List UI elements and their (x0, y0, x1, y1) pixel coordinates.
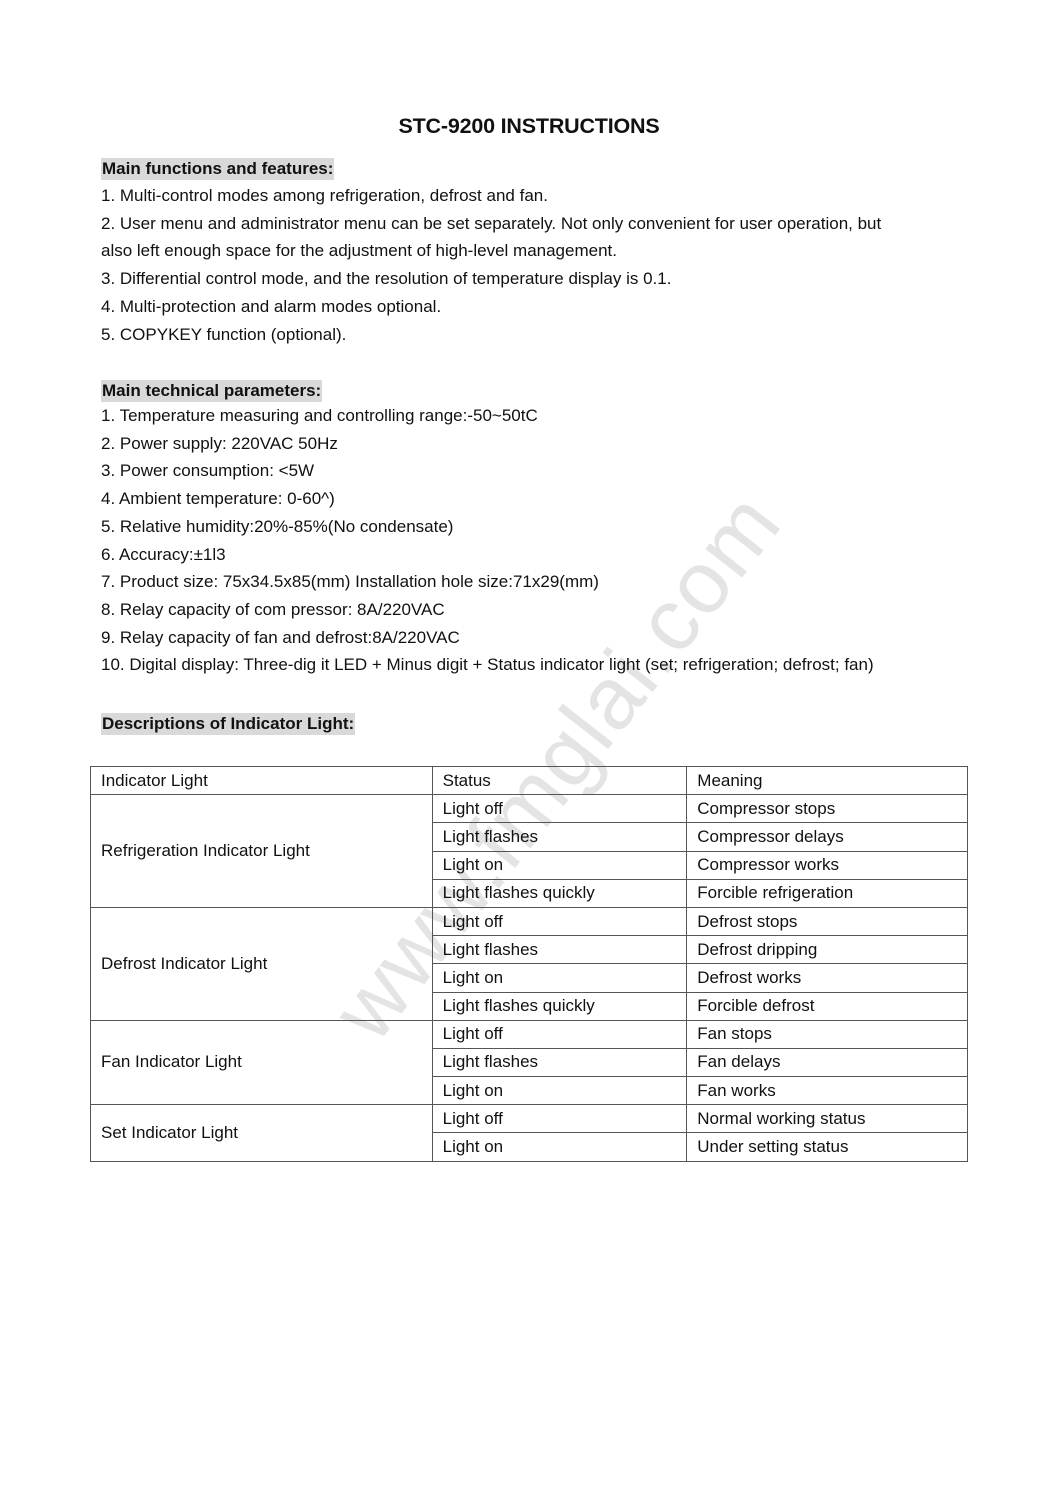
document-page: www.fmglai.com STC-9200 INSTRUCTIONS Mai… (0, 0, 1058, 1497)
features-line: 2. User menu and administrator menu can … (101, 210, 981, 238)
status-cell: Light flashes (432, 1048, 687, 1076)
indicator-name-cell: Fan Indicator Light (91, 1020, 433, 1105)
document-title: STC-9200 INSTRUCTIONS (0, 114, 1058, 139)
meaning-cell: Forcible refrigeration (687, 879, 968, 907)
parameter-line: 4. Ambient temperature: 0-60^) (101, 485, 981, 513)
status-cell: Light off (432, 1105, 687, 1133)
table-header-row: Indicator Light Status Meaning (91, 767, 968, 795)
features-line: 4. Multi-protection and alarm modes opti… (101, 293, 981, 321)
parameter-line: 2. Power supply: 220VAC 50Hz (101, 430, 981, 458)
column-header-indicator: Indicator Light (91, 767, 433, 795)
parameter-line: 5. Relative humidity:20%-85%(No condensa… (101, 513, 981, 541)
indicator-section: Descriptions of Indicator Light: (101, 713, 981, 735)
features-line: 5. COPYKEY function (optional). (101, 321, 981, 349)
meaning-cell: Fan stops (687, 1020, 968, 1048)
features-list: 1. Multi-control modes among refrigerati… (101, 182, 981, 348)
parameter-line: 6. Accuracy:±1l3 (101, 541, 981, 569)
features-section: Main functions and features: 1. Multi-co… (101, 158, 981, 348)
table-row: Set Indicator Light Light off Normal wor… (91, 1105, 968, 1133)
parameter-line: 10. Digital display: Three-dig it LED + … (101, 651, 981, 679)
parameter-line: 8. Relay capacity of com pressor: 8A/220… (101, 596, 981, 624)
features-heading: Main functions and features: (101, 158, 334, 180)
status-cell: Light on (432, 964, 687, 992)
status-cell: Light flashes quickly (432, 992, 687, 1020)
status-cell: Light on (432, 851, 687, 879)
parameter-line: 3. Power consumption: <5W (101, 457, 981, 485)
indicator-name-cell: Set Indicator Light (91, 1105, 433, 1161)
column-header-meaning: Meaning (687, 767, 968, 795)
parameters-heading: Main technical parameters: (101, 380, 322, 402)
status-cell: Light on (432, 1077, 687, 1105)
column-header-status: Status (432, 767, 687, 795)
meaning-cell: Under setting status (687, 1133, 968, 1161)
meaning-cell: Fan delays (687, 1048, 968, 1076)
meaning-cell: Normal working status (687, 1105, 968, 1133)
table-row: Refrigeration Indicator Light Light off … (91, 795, 968, 823)
meaning-cell: Compressor delays (687, 823, 968, 851)
indicator-heading: Descriptions of Indicator Light: (101, 713, 355, 735)
features-line: 3. Differential control mode, and the re… (101, 265, 981, 293)
table-row: Defrost Indicator Light Light off Defros… (91, 907, 968, 935)
status-cell: Light on (432, 1133, 687, 1161)
indicator-name-cell: Refrigeration Indicator Light (91, 795, 433, 908)
status-cell: Light flashes (432, 823, 687, 851)
status-cell: Light off (432, 795, 687, 823)
indicator-name-cell: Defrost Indicator Light (91, 907, 433, 1020)
status-cell: Light off (432, 1020, 687, 1048)
meaning-cell: Forcible defrost (687, 992, 968, 1020)
meaning-cell: Defrost works (687, 964, 968, 992)
parameter-line: 1. Temperature measuring and controlling… (101, 402, 981, 430)
status-cell: Light off (432, 907, 687, 935)
meaning-cell: Compressor stops (687, 795, 968, 823)
parameters-section: Main technical parameters: 1. Temperatur… (101, 380, 981, 679)
meaning-cell: Compressor works (687, 851, 968, 879)
parameter-line: 9. Relay capacity of fan and defrost:8A/… (101, 624, 981, 652)
status-cell: Light flashes quickly (432, 879, 687, 907)
meaning-cell: Defrost dripping (687, 936, 968, 964)
features-line: 1. Multi-control modes among refrigerati… (101, 182, 981, 210)
features-line: also left enough space for the adjustmen… (101, 237, 981, 265)
table-row: Fan Indicator Light Light off Fan stops (91, 1020, 968, 1048)
meaning-cell: Fan works (687, 1077, 968, 1105)
status-cell: Light flashes (432, 936, 687, 964)
parameters-list: 1. Temperature measuring and controlling… (101, 402, 981, 679)
indicator-table: Indicator Light Status Meaning Refrigera… (90, 766, 968, 1162)
meaning-cell: Defrost stops (687, 907, 968, 935)
parameter-line: 7. Product size: 75x34.5x85(mm) Installa… (101, 568, 981, 596)
